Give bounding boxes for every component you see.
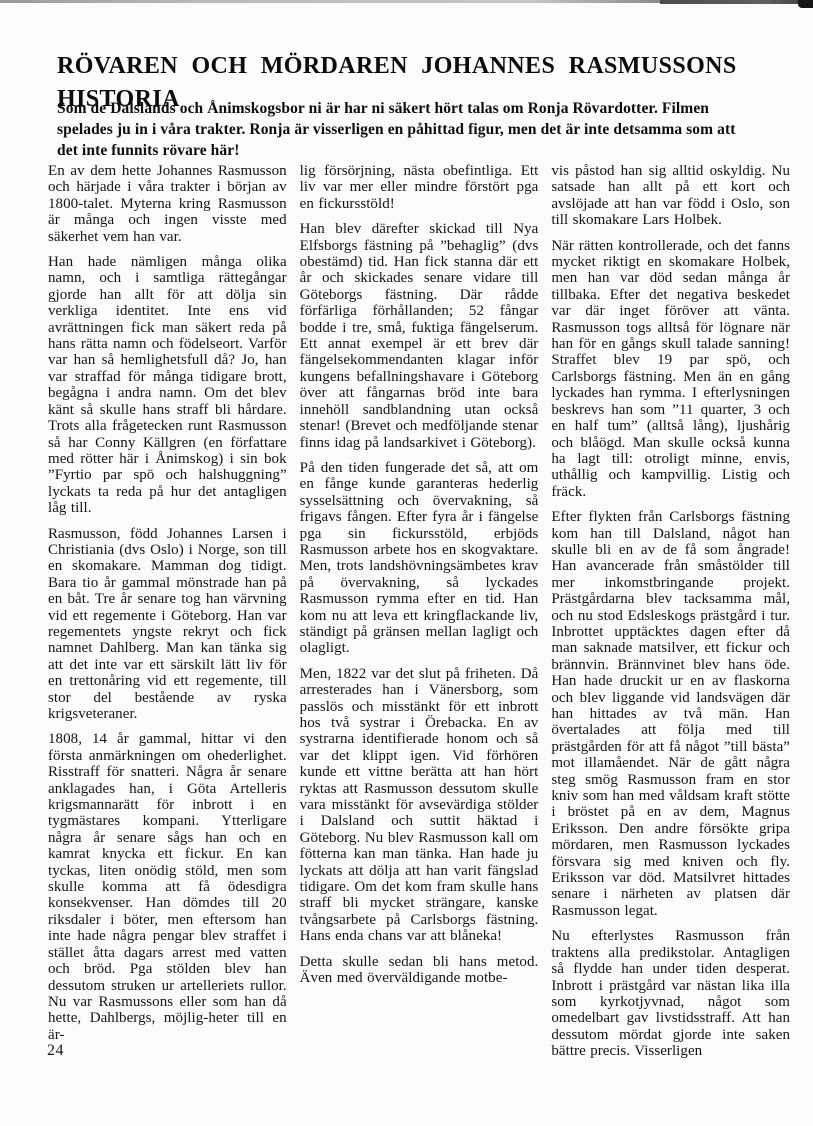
column-1: En av dem hette Johannes Rasmusson och h… [48, 163, 287, 1060]
scan-artifact-top-line-left [0, 0, 662, 3]
column-3: vis påstod han sig alltid oskyldig. Nu s… [551, 163, 790, 1060]
column-2: lig försörjning, nästa obefintliga. Ett … [300, 163, 539, 1060]
body-paragraph: Rasmusson, född Johannes Larsen i Christ… [48, 526, 287, 723]
body-paragraph: Efter flykten från Carlsborgs fästning k… [551, 509, 790, 919]
body-paragraph: Detta skulle sedan bli hans metod. Även … [300, 954, 539, 987]
body-paragraph: vis påstod han sig alltid oskyldig. Nu s… [551, 163, 790, 229]
body-paragraph: En av dem hette Johannes Rasmusson och h… [48, 163, 287, 245]
body-paragraph: Han hade nämligen många olika namn, och … [48, 254, 287, 517]
body-paragraph: Han blev därefter skickad till Nya Elfsb… [300, 221, 539, 451]
scan-artifact-corner-blob [798, 0, 813, 8]
article-body: En av dem hette Johannes Rasmusson och h… [48, 163, 790, 1060]
body-paragraph: Nu efterlystes Rasmusson från traktens a… [551, 928, 790, 1059]
scan-artifact-top-line-right [660, 0, 813, 4]
body-paragraph: När rätten kontrollerade, och det fanns … [551, 238, 790, 501]
body-paragraph: lig försörjning, nästa obefintliga. Ett … [300, 163, 539, 212]
article-lead: Som de Dalslands och Ånimskogsbor ni är … [57, 98, 757, 161]
body-paragraph: Men, 1822 var det slut på friheten. Då a… [300, 666, 539, 945]
scanned-magazine-page: { "colors": { "paper": "#fbfbf9", "ink":… [0, 0, 813, 1126]
page-number: 24 [47, 1042, 64, 1060]
body-paragraph: På den tiden fungerade det så, att om en… [300, 460, 539, 657]
body-paragraph: 1808, 14 år gammal, hittar vi den första… [48, 731, 287, 1043]
